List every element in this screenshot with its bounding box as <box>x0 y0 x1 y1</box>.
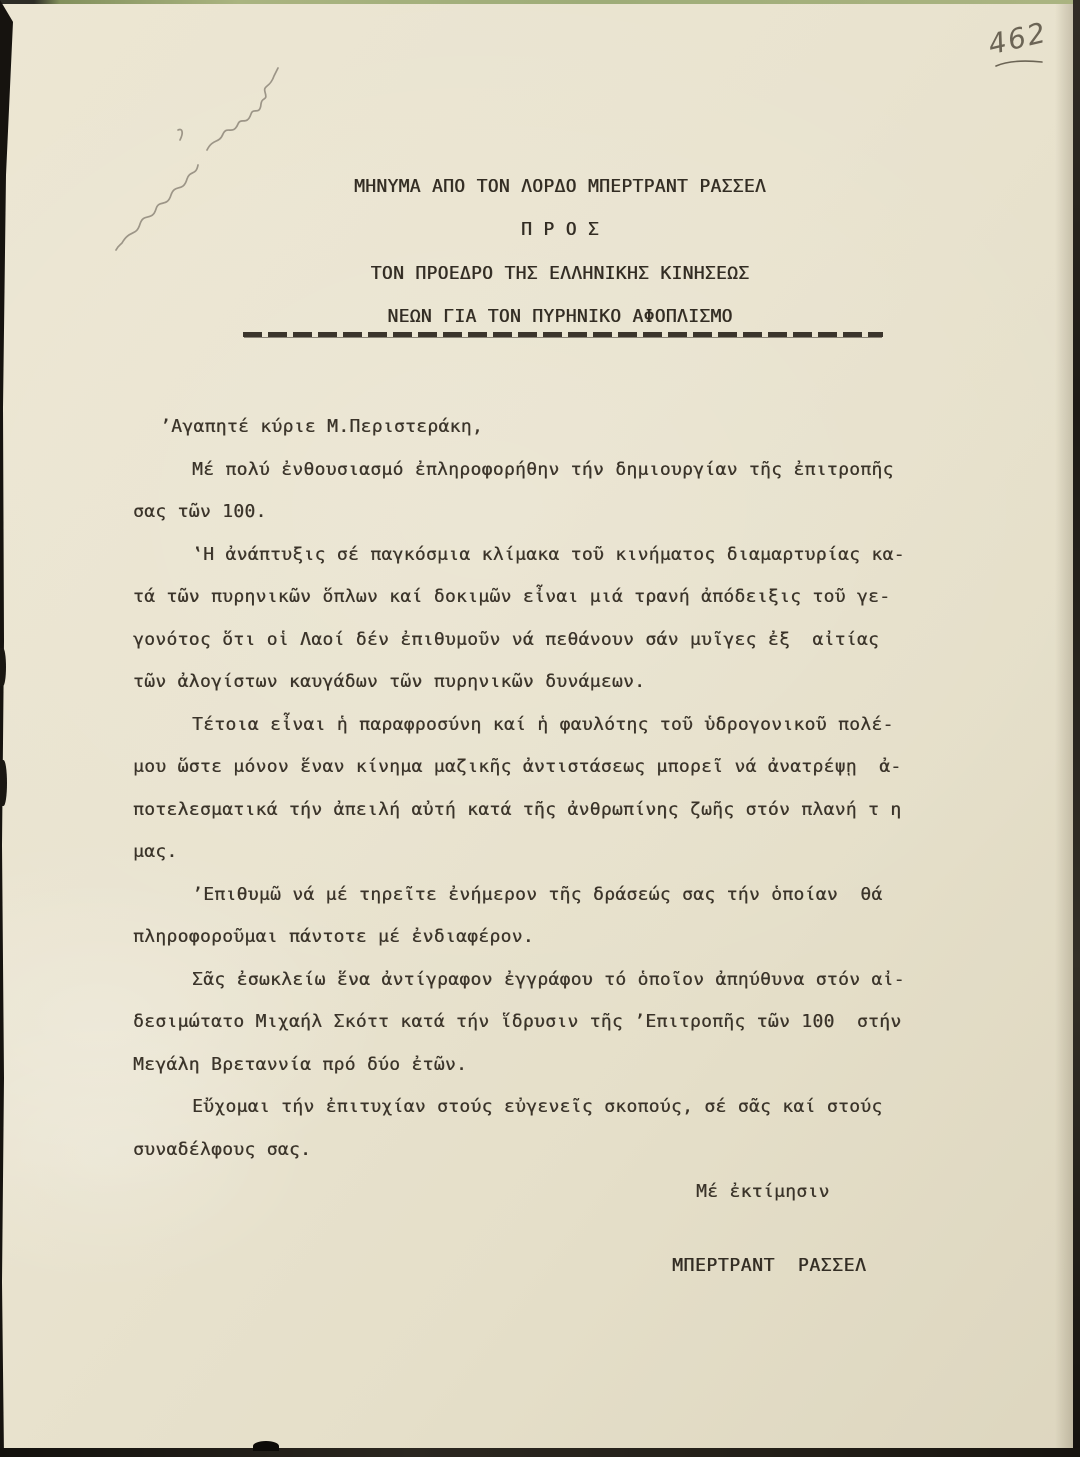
letter-line: πληροφοροῦμαι πάντοτε μέ ἐνδιαφέρον. <box>133 916 905 959</box>
letter-line: Σᾶς ἐσωκλείω ἕνα ἀντίγραφον ἐγγράφου τό … <box>133 959 905 1002</box>
letter-line: ’Αγαπητέ κύριε Μ.Περιστεράκη, <box>133 406 905 449</box>
scan-artifact-blob <box>0 648 6 686</box>
letter-line: μας. <box>133 831 905 874</box>
letter-line: σας τῶν 100. <box>133 491 905 534</box>
letter-line: γονότος ὅτι οἱ Λαοί δέν ἐπιθυμοῦν νά πεθ… <box>133 619 905 662</box>
letter-line: ποτελεσματικά τήν ἀπειλή αὐτή κατά τῆς ἀ… <box>133 789 905 832</box>
handwritten-scribble <box>110 52 285 252</box>
header-line: Π Ρ Ο Σ <box>230 208 890 251</box>
letter-line: ‛Η ἀνάπτυξις σέ παγκόσμια κλίμακα τοῦ κι… <box>133 534 905 577</box>
letter-line: δεσιμώτατο Μιχαήλ Σκόττ κατά τήν ἵδρυσιν… <box>133 1001 905 1044</box>
letter-header: ΜΗΝΥΜΑ ΑΠΟ ΤΟΝ ΛΟΡΔΟ ΜΠΕΡΤΡΑΝΤ ΡΑΣΣΕΛΠ Ρ… <box>230 165 890 339</box>
scan-edge-left <box>0 0 16 1457</box>
letter-line: ’Επιθυμῶ νά μέ τηρεῖτε ἐνήμερον τῆς δράσ… <box>133 874 905 917</box>
folio-underline <box>994 56 1048 70</box>
scan-edge-bottom <box>0 1448 1080 1457</box>
dashed-rule <box>243 332 883 337</box>
letter-line: Μέ ἐκτίμησιν <box>696 1171 905 1214</box>
scan-edge-right <box>1073 0 1080 1457</box>
scan-artifact-blob <box>0 760 7 806</box>
letter-line: τῶν ἀλογίστων καυγάδων τῶν πυρηνικῶν δυν… <box>133 661 905 704</box>
scan-edge-top <box>0 0 1080 4</box>
letter-line: συναδέλφους σας. <box>133 1129 905 1172</box>
header-line: ΤΟΝ ΠΡΟΕΔΡΟ ΤΗΣ ΕΛΛΗΝΙΚΗΣ ΚΙΝΗΣΕΩΣ <box>230 252 890 295</box>
scanned-letter-page: 462 ΜΗΝΥΜΑ ΑΠΟ ΤΟΝ ΛΟΡΔΟ ΜΠΕΡΤΡΑΝΤ ΡΑΣΣΕ… <box>0 0 1080 1457</box>
letter-line: τά τῶν πυρηνικῶν ὅπλων καί δοκιμῶν εἶναι… <box>133 576 905 619</box>
letter-line: μου ὥστε μόνον ἕναν κίνημα μαζικῆς ἀντισ… <box>133 746 905 789</box>
letter-line: Εὔχομαι τήν ἐπιτυχίαν στούς εὐγενεῖς σκο… <box>133 1086 905 1129</box>
letter-line: Τέτοια εἶναι ἡ παραφροσύνη καί ἡ φαυλότη… <box>133 704 905 747</box>
letter-body: ’Αγαπητέ κύριε Μ.Περιστεράκη,Μέ πολύ ἐνθ… <box>133 406 905 1287</box>
folio-number: 462 <box>985 16 1050 62</box>
letter-line: ΜΠΕΡΤΡΑΝΤ ΡΑΣΣΕΛ <box>672 1245 905 1288</box>
letter-line: Μέ πολύ ἐνθουσιασμό ἐπληροφορήθην τήν δη… <box>133 449 905 492</box>
paper-edge-shadow-right <box>1055 0 1073 1457</box>
letter-line: Μεγάλη Βρεταννία πρό δύο ἐτῶν. <box>133 1044 905 1087</box>
header-line: ΜΗΝΥΜΑ ΑΠΟ ΤΟΝ ΛΟΡΔΟ ΜΠΕΡΤΡΑΝΤ ΡΑΣΣΕΛ <box>230 165 890 208</box>
scan-artifact-blob <box>253 1441 279 1451</box>
